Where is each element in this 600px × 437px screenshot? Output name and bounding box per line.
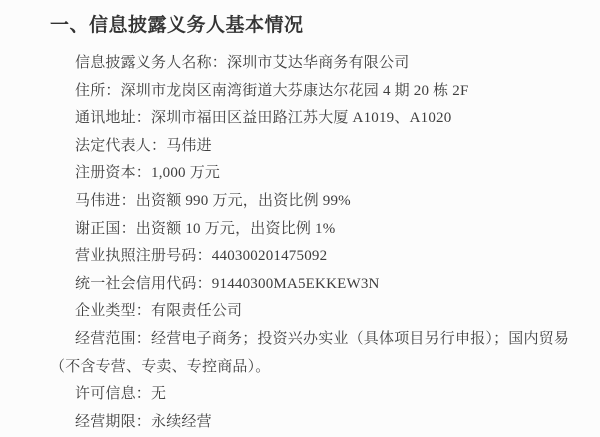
shareholder-2-contribution-line: 谢正国：出资额 10 万元，出资比例 1% [50, 216, 572, 244]
registered-capital-line: 注册资本：1,000 万元 [50, 160, 572, 188]
license-info-line: 许可信息：无 [50, 381, 572, 409]
document-body: 信息披露义务人名称：深圳市艾达华商务有限公司 住所：深圳市龙岗区南湾街道大芬康达… [50, 50, 572, 436]
operation-term-line: 经营期限：永续经营 [50, 409, 572, 437]
shareholder-1-contribution-line: 马伟进：出资额 990 万元，出资比例 99% [50, 188, 572, 216]
disclosure-obligor-name-line: 信息披露义务人名称：深圳市艾达华商务有限公司 [50, 50, 572, 78]
mailing-address-line: 通讯地址：深圳市福田区益田路江苏大厦 A1019、A1020 [50, 105, 572, 133]
enterprise-type-line: 企业类型：有限责任公司 [50, 298, 572, 326]
document-page: 一、信息披露义务人基本情况 信息披露义务人名称：深圳市艾达华商务有限公司 住所：… [0, 0, 600, 437]
unified-social-credit-code-line: 统一社会信用代码：91440300MA5EKKEW3N [50, 271, 572, 299]
legal-representative-line: 法定代表人：马伟进 [50, 133, 572, 161]
section-heading: 一、信息披露义务人基本情况 [50, 12, 572, 40]
residence-address-line: 住所：深圳市龙岗区南湾街道大芬康达尔花园 4 期 20 栋 2F [50, 78, 572, 106]
business-scope-line: 经营范围：经营电子商务；投资兴办实业（具体项目另行申报）；国内贸易（不含专营、专… [50, 326, 572, 381]
business-license-number-line: 营业执照注册号码：440300201475092 [50, 243, 572, 271]
